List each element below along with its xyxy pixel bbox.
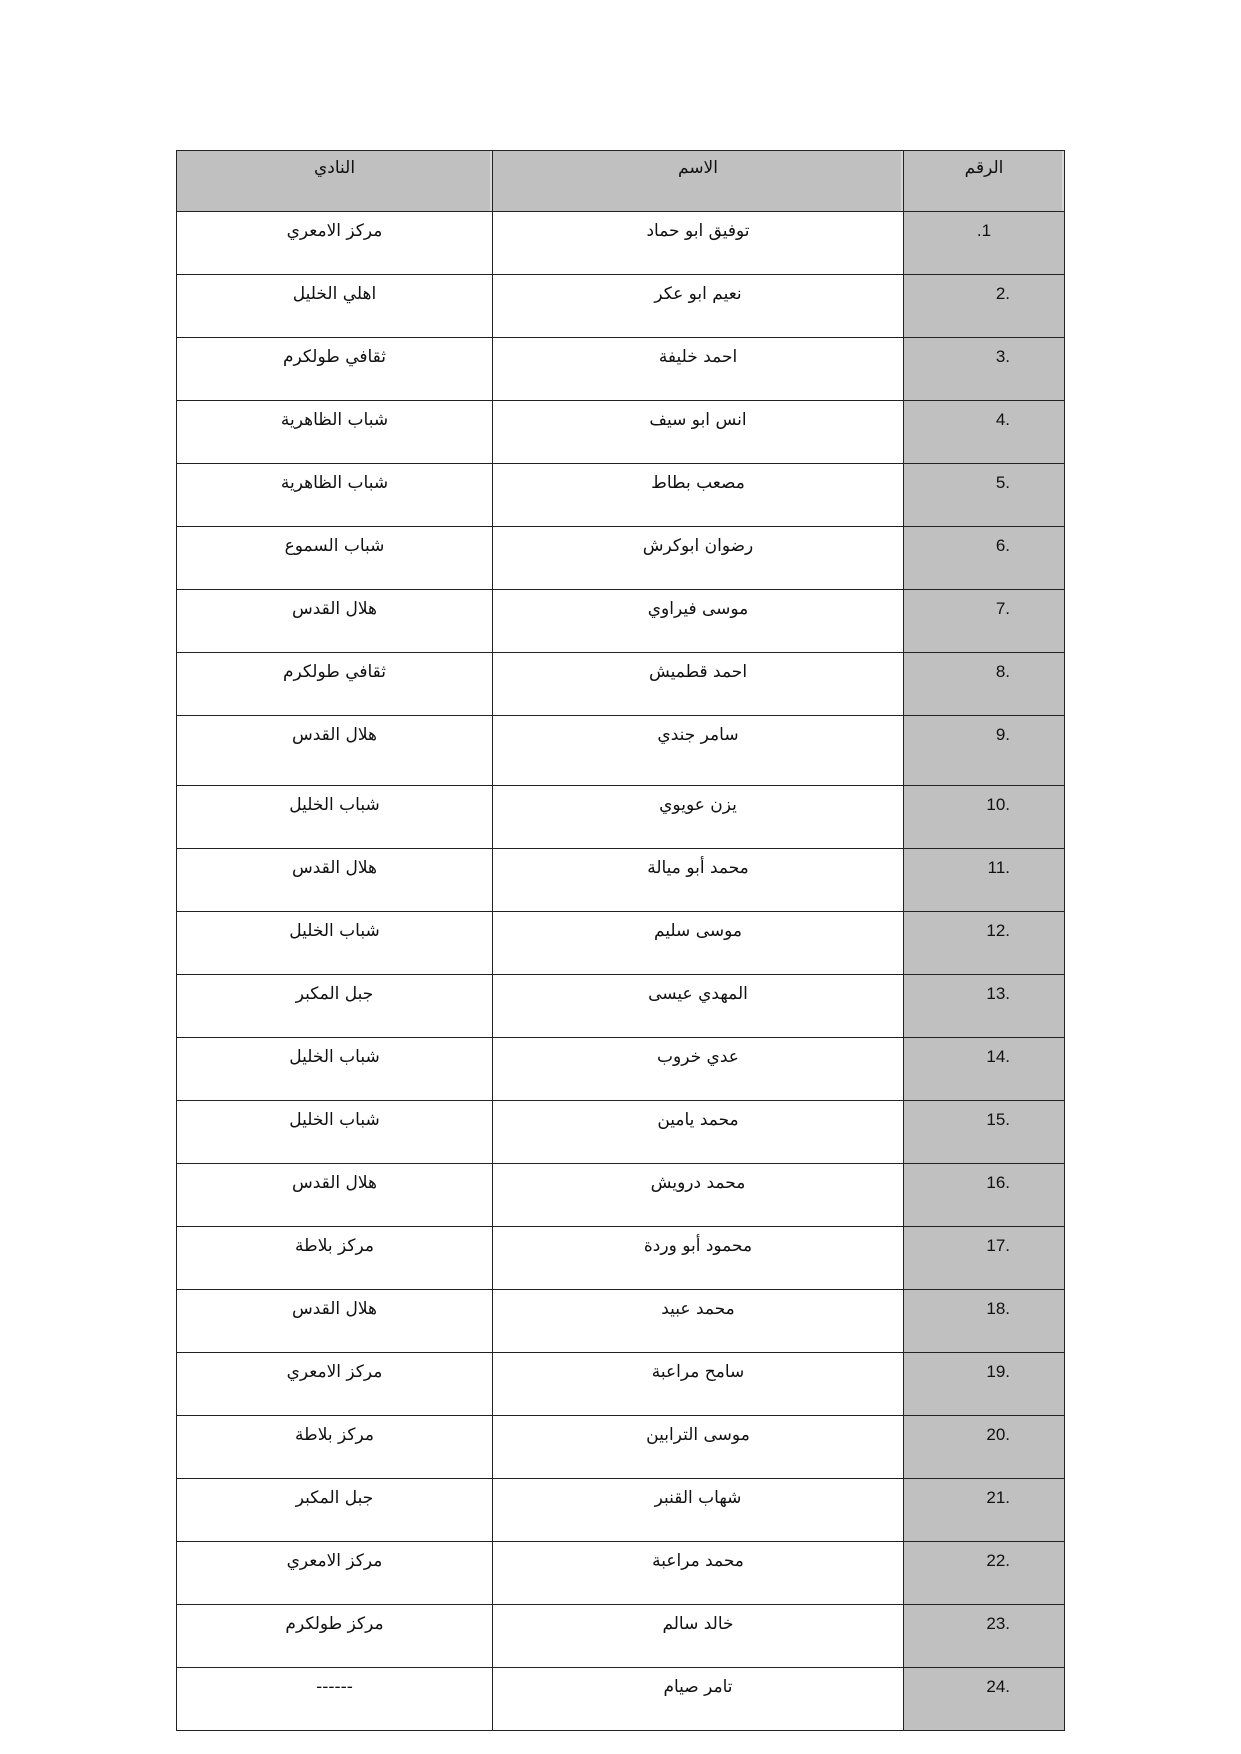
row-name: تامر صيام [493, 1668, 904, 1731]
row-number-cell: 5. [904, 464, 1065, 527]
table-row: 7. موسى فيراوي هلال القدس [177, 590, 1065, 653]
table-row: 8. احمد قطميش ثقافي طولكرم [177, 653, 1065, 716]
row-number-cell: 12. [904, 912, 1065, 975]
table-row: 13. المهدي عيسى جبل المكبر [177, 975, 1065, 1038]
row-name: عدي خروب [493, 1038, 904, 1101]
row-number-cell: 9. [904, 716, 1065, 786]
row-club-cell: جبل المكبر [177, 1479, 493, 1542]
row-number: 11. [988, 857, 1010, 879]
row-club: مركز بلاطة [295, 1424, 374, 1446]
row-club-cell: مركز طولكرم [177, 1605, 493, 1668]
row-club: جبل المكبر [296, 983, 374, 1005]
row-number: 19. [986, 1361, 1010, 1383]
row-number-cell: 21. [904, 1479, 1065, 1542]
row-club: هلال القدس [292, 598, 377, 620]
table-row: 6. رضوان ابوكرش شباب السموع [177, 527, 1065, 590]
row-name: انس ابو سيف [493, 401, 904, 464]
row-club-cell: شباب الخليل [177, 912, 493, 975]
row-club: مركز الامعري [287, 1550, 383, 1572]
row-number-cell: 14. [904, 1038, 1065, 1101]
header-number: الرقم [904, 151, 1065, 212]
row-number: 6. [996, 535, 1010, 557]
row-club: هلال القدس [292, 1172, 377, 1194]
table-row: 23. خالد سالم مركز طولكرم [177, 1605, 1065, 1668]
row-club-cell: هلال القدس [177, 1164, 493, 1227]
table-row: 18. محمد عبيد هلال القدس [177, 1290, 1065, 1353]
row-number-cell: 13. [904, 975, 1065, 1038]
row-club: ثقافي طولكرم [283, 661, 386, 683]
table-row: 12. موسى سليم شباب الخليل [177, 912, 1065, 975]
row-number-cell: 17. [904, 1227, 1065, 1290]
table-row: .1 توفيق ابو حماد مركز الامعري [177, 212, 1065, 275]
row-number-cell: 3. [904, 338, 1065, 401]
row-number-cell: 15. [904, 1101, 1065, 1164]
header-name: الاسم [493, 151, 904, 212]
row-number: 5. [996, 472, 1010, 494]
row-number-cell: 6. [904, 527, 1065, 590]
row-number-cell: 7. [904, 590, 1065, 653]
row-name: محمد درويش [493, 1164, 904, 1227]
row-number-cell: .1 [904, 212, 1065, 275]
row-number: 10. [986, 794, 1010, 816]
row-name: مصعب بطاط [493, 464, 904, 527]
row-club: هلال القدس [292, 1298, 377, 1320]
row-number: 7. [996, 598, 1010, 620]
table-row: 17. محمود أبو وردة مركز بلاطة [177, 1227, 1065, 1290]
row-club-cell: هلال القدس [177, 849, 493, 912]
row-club: شباب الظاهرية [281, 472, 388, 494]
row-name: محمد يامين [493, 1101, 904, 1164]
table-row: 16. محمد درويش هلال القدس [177, 1164, 1065, 1227]
row-number-cell: 19. [904, 1353, 1065, 1416]
row-club-cell: مركز الامعري [177, 1353, 493, 1416]
row-number: 17. [986, 1235, 1010, 1257]
row-name: يزن عويوي [493, 786, 904, 849]
row-number: .1 [977, 220, 991, 242]
row-club-cell: شباب الظاهرية [177, 464, 493, 527]
row-number: 15. [986, 1109, 1010, 1131]
table-row: 21. شهاب القنبر جبل المكبر [177, 1479, 1065, 1542]
row-club: هلال القدس [292, 857, 377, 879]
row-club-cell: جبل المكبر [177, 975, 493, 1038]
row-number-cell: 24. [904, 1668, 1065, 1731]
row-club-cell: شباب الخليل [177, 786, 493, 849]
row-number: 21. [986, 1487, 1010, 1509]
row-name: احمد قطميش [493, 653, 904, 716]
row-club-cell: مركز الامعري [177, 1542, 493, 1605]
row-name: نعيم ابو عكر [493, 275, 904, 338]
row-number-cell: 4. [904, 401, 1065, 464]
table-row: 9. سامر جندي هلال القدس [177, 716, 1065, 786]
row-club-cell: مركز بلاطة [177, 1416, 493, 1479]
row-club-cell: شباب الخليل [177, 1101, 493, 1164]
row-club: مركز الامعري [287, 220, 383, 242]
row-club-cell: شباب السموع [177, 527, 493, 590]
row-name: شهاب القنبر [493, 1479, 904, 1542]
table-row: 4. انس ابو سيف شباب الظاهرية [177, 401, 1065, 464]
table-row: 24. تامر صيام ------ [177, 1668, 1065, 1731]
row-number: 12. [986, 920, 1010, 942]
row-number: 20. [986, 1424, 1010, 1446]
row-club: مركز الامعري [287, 1361, 383, 1383]
row-club-cell: هلال القدس [177, 590, 493, 653]
row-name: محمد مراعبة [493, 1542, 904, 1605]
row-number: 22. [986, 1550, 1010, 1572]
table-body: .1 توفيق ابو حماد مركز الامعري 2. نعيم ا… [177, 212, 1065, 1731]
header-club: النادي [177, 151, 493, 212]
table-row: 15. محمد يامين شباب الخليل [177, 1101, 1065, 1164]
row-club: شباب الخليل [289, 1109, 379, 1131]
table-row: 22. محمد مراعبة مركز الامعري [177, 1542, 1065, 1605]
row-number: 24. [986, 1676, 1010, 1698]
row-club: اهلي الخليل [293, 283, 376, 305]
row-number: 18. [986, 1298, 1010, 1320]
row-name: محمد عبيد [493, 1290, 904, 1353]
row-club: شباب السموع [285, 535, 385, 557]
row-number: 14. [986, 1046, 1010, 1068]
row-name: موسى سليم [493, 912, 904, 975]
players-table: الرقم الاسم النادي .1 توفيق ابو حماد مرك… [176, 150, 1065, 1731]
row-number: 9. [996, 724, 1010, 746]
row-club-cell: ثقافي طولكرم [177, 653, 493, 716]
row-name: خالد سالم [493, 1605, 904, 1668]
row-number-cell: 18. [904, 1290, 1065, 1353]
row-club: مركز بلاطة [295, 1235, 374, 1257]
row-name: المهدي عيسى [493, 975, 904, 1038]
row-number-cell: 8. [904, 653, 1065, 716]
row-club: شباب الظاهرية [281, 409, 388, 431]
row-number-cell: 16. [904, 1164, 1065, 1227]
table-row: 5. مصعب بطاط شباب الظاهرية [177, 464, 1065, 527]
row-club: شباب الخليل [289, 920, 379, 942]
row-number: 8. [996, 661, 1010, 683]
row-club: ------ [316, 1676, 353, 1698]
row-club: شباب الخليل [289, 794, 379, 816]
row-name: موسى الترابين [493, 1416, 904, 1479]
row-name: محمود أبو وردة [493, 1227, 904, 1290]
table-row: 19. سامح مراعبة مركز الامعري [177, 1353, 1065, 1416]
table-row: 11. محمد أبو ميالة هلال القدس [177, 849, 1065, 912]
row-club: هلال القدس [292, 724, 377, 746]
row-name: توفيق ابو حماد [493, 212, 904, 275]
row-name: سامح مراعبة [493, 1353, 904, 1416]
row-number: 23. [986, 1613, 1010, 1635]
row-club-cell: ------ [177, 1668, 493, 1731]
row-name: موسى فيراوي [493, 590, 904, 653]
row-number-cell: 22. [904, 1542, 1065, 1605]
table-row: 14. عدي خروب شباب الخليل [177, 1038, 1065, 1101]
row-club-cell: هلال القدس [177, 1290, 493, 1353]
row-number-cell: 2. [904, 275, 1065, 338]
row-number-cell: 23. [904, 1605, 1065, 1668]
row-club-cell: ثقافي طولكرم [177, 338, 493, 401]
row-number: 13. [986, 983, 1010, 1005]
row-number: 3. [996, 346, 1010, 368]
row-club-cell: اهلي الخليل [177, 275, 493, 338]
table-row: 20. موسى الترابين مركز بلاطة [177, 1416, 1065, 1479]
row-name: سامر جندي [493, 716, 904, 786]
table-row: 10. يزن عويوي شباب الخليل [177, 786, 1065, 849]
row-club-cell: هلال القدس [177, 716, 493, 786]
row-club: شباب الخليل [289, 1046, 379, 1068]
row-number: 16. [986, 1172, 1010, 1194]
row-number-cell: 10. [904, 786, 1065, 849]
row-club: مركز طولكرم [285, 1613, 383, 1635]
row-club-cell: مركز الامعري [177, 212, 493, 275]
table-row: 2. نعيم ابو عكر اهلي الخليل [177, 275, 1065, 338]
row-number-cell: 11. [904, 849, 1065, 912]
row-name: احمد خليفة [493, 338, 904, 401]
row-number-cell: 20. [904, 1416, 1065, 1479]
row-name: رضوان ابوكرش [493, 527, 904, 590]
row-club-cell: مركز بلاطة [177, 1227, 493, 1290]
header-row: الرقم الاسم النادي [177, 151, 1065, 212]
table-row: 3. احمد خليفة ثقافي طولكرم [177, 338, 1065, 401]
row-club: ثقافي طولكرم [283, 346, 386, 368]
row-club-cell: شباب الظاهرية [177, 401, 493, 464]
row-number: 2. [996, 283, 1010, 305]
row-number: 4. [996, 409, 1010, 431]
row-club: جبل المكبر [296, 1487, 374, 1509]
row-name: محمد أبو ميالة [493, 849, 904, 912]
row-club-cell: شباب الخليل [177, 1038, 493, 1101]
